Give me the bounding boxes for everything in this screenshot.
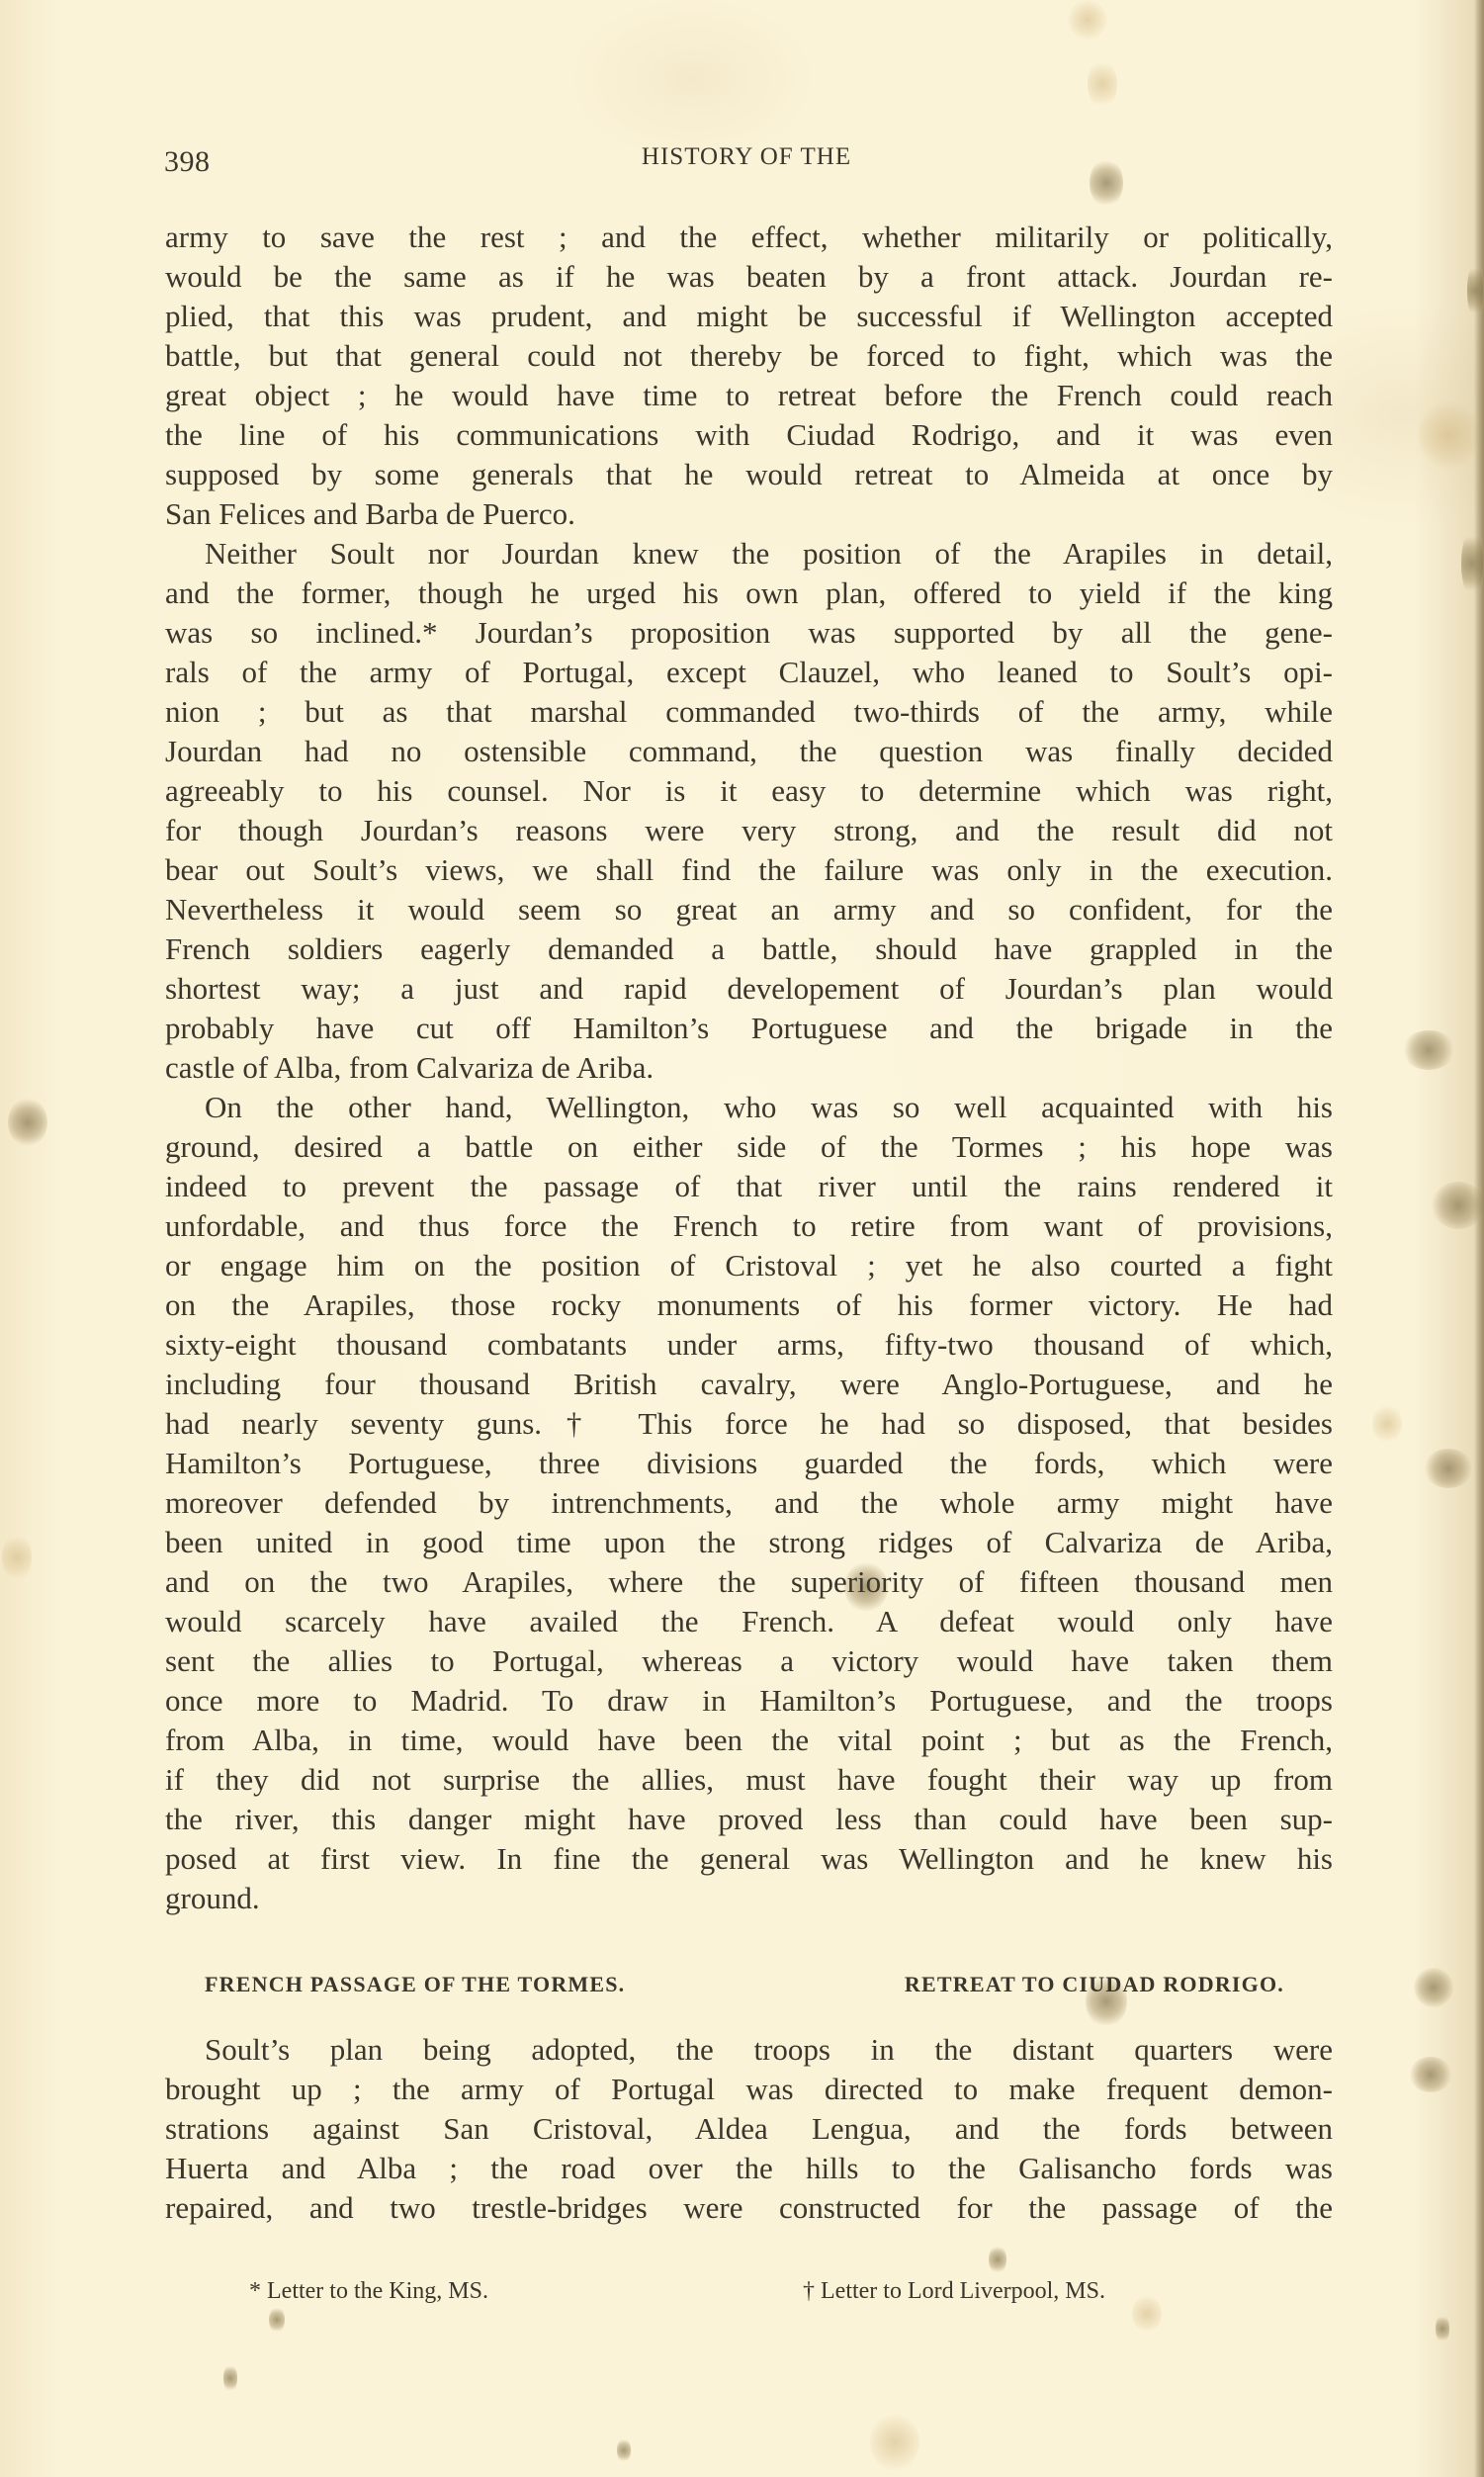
text-line: unfordable, and thus force the French to… (165, 1206, 1333, 1246)
text-line: nion ; but as that marshal commanded two… (165, 692, 1333, 732)
footnote: † Letter to Lord Liverpool, MS. (803, 2274, 1105, 2308)
text-line: San Felices and Barba de Puerco. (165, 494, 1333, 534)
text-line: Hamilton’s Portuguese, three divisions g… (165, 1444, 1333, 1483)
text-line: Neither Soult nor Jourdan knew the posit… (205, 534, 1333, 574)
text-line: posed at first view. In fine the general… (165, 1839, 1333, 1879)
text-line: Huerta and Alba ; the road over the hill… (165, 2149, 1333, 2188)
text-line: French soldiers eagerly demanded a battl… (165, 929, 1333, 969)
text-line: great object ; he would have time to ret… (165, 376, 1333, 415)
text-line: sent the allies to Portugal, whereas a v… (165, 1641, 1333, 1681)
text-line: indeed to prevent the passage of that ri… (165, 1167, 1333, 1206)
text-line: or engage him on the position of Cristov… (165, 1246, 1333, 1285)
text-line: and on the two Arapiles, where the super… (165, 1562, 1333, 1602)
text-line: Jourdan had no ostensible command, the q… (165, 732, 1333, 771)
text-line: plied, that this was prudent, and might … (165, 297, 1333, 336)
footnotes: * Letter to the King, MS. † Letter to Lo… (0, 2274, 1484, 2314)
footnote: * Letter to the King, MS. (249, 2274, 488, 2308)
section-heading-part1: FRENCH PASSAGE OF THE TORMES. (205, 1968, 625, 2001)
section-heading-part2: RETREAT TO CIUDAD RODRIGO. (905, 1968, 1284, 2001)
text-line: Nevertheless it would seem so great an a… (165, 890, 1333, 929)
text-line: rals of the army of Portugal, except Cla… (165, 653, 1333, 692)
text-line: castle of Alba, from Calvariza de Ariba. (165, 1048, 1333, 1088)
text-line: ground. (165, 1879, 1333, 1918)
text-line: agreeably to his counsel. Nor is it easy… (165, 771, 1333, 811)
text-line: the line of his communications with Ciud… (165, 415, 1333, 455)
text-line: brought up ; the army of Portugal was di… (165, 2070, 1333, 2109)
text-line: supposed by some generals that he would … (165, 455, 1333, 494)
text-line: been united in good time upon the strong… (165, 1523, 1333, 1562)
text-line: would scarcely have availed the French. … (165, 1602, 1333, 1641)
running-head: 398 HISTORY OF THE (0, 0, 1484, 198)
text-line: ground, desired a battle on either side … (165, 1127, 1333, 1167)
text-line: was so inclined.* Jourdan’s proposition … (165, 613, 1333, 653)
text-line: Soult’s plan being adopted, the troops i… (205, 2030, 1333, 2070)
page-number: 398 (164, 142, 211, 182)
text-line: probably have cut off Hamilton’s Portugu… (165, 1009, 1333, 1048)
text-line: for though Jourdan’s reasons were very s… (165, 811, 1333, 850)
text-line: battle, but that general could not there… (165, 336, 1333, 376)
text-line: On the other hand, Wellington, who was s… (205, 1088, 1333, 1127)
text-line: would be the same as if he was beaten by… (165, 257, 1333, 297)
text-line: repaired, and two trestle-bridges were c… (165, 2188, 1333, 2228)
text-line: the river, this danger might have proved… (165, 1800, 1333, 1839)
text-line: shortest way; a just and rapid developem… (165, 969, 1333, 1009)
text-line: strations against San Cristoval, Aldea L… (165, 2109, 1333, 2149)
section-heading: FRENCH PASSAGE OF THE TORMES. RETREAT TO… (205, 1968, 1284, 2001)
text-line: if they did not surprise the allies, mus… (165, 1760, 1333, 1800)
text-line: on the Arapiles, those rocky monuments o… (165, 1285, 1333, 1325)
text-line: once more to Madrid. To draw in Hamilton… (165, 1681, 1333, 1721)
text-line: sixty-eight thousand combatants under ar… (165, 1325, 1333, 1365)
text-line: had nearly seventy guns.† This force he … (165, 1404, 1333, 1444)
running-title: HISTORY OF THE (605, 139, 888, 175)
text-line: including four thousand British cavalry,… (165, 1365, 1333, 1404)
text-line: army to save the rest ; and the effect, … (165, 218, 1333, 257)
text-line: and the former, though he urged his own … (165, 574, 1333, 613)
page-edge-shadow (1474, 0, 1484, 2477)
text-line: bear out Soult’s views, we shall find th… (165, 850, 1333, 890)
text-line: moreover defended by intrenchments, and … (165, 1483, 1333, 1523)
text-line: from Alba, in time, would have been the … (165, 1721, 1333, 1760)
